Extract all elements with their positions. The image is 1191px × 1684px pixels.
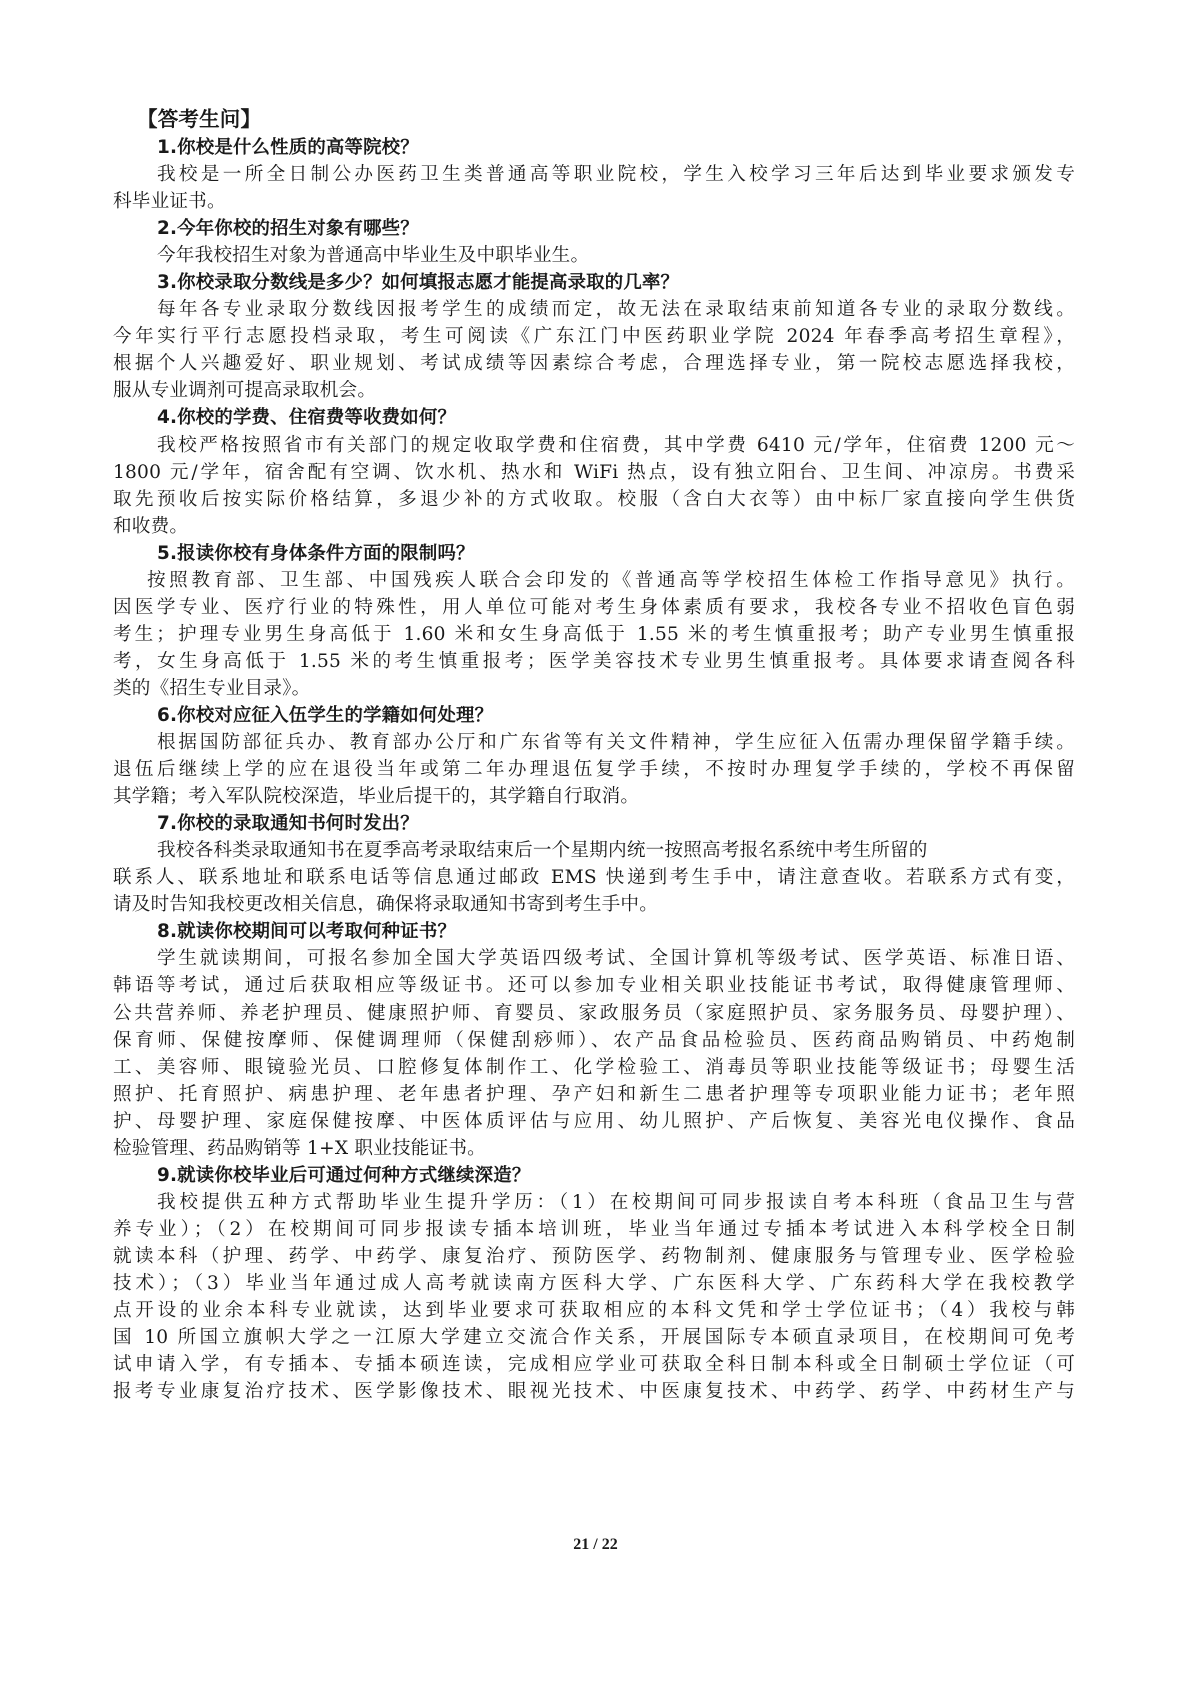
faq-answer-line: 我校严格按照省市有关部门的规定收取学费和住宿费，其中学费 6410 元/学年，住… bbox=[113, 432, 1075, 459]
faq-answer-line: 考生；护理专业男生身高低于 1.60 米和女生身高低于 1.55 米的考生慎重报… bbox=[113, 621, 1075, 648]
faq-answer-line: 养专业）；（2）在校期间可同步报读专插本培训班，毕业当年通过专插本考试进入本科学… bbox=[113, 1216, 1075, 1243]
faq-answer-line: 今年实行平行志愿投档录取，考生可阅读《广东江门中医药职业学院 2024 年春季高… bbox=[113, 323, 1075, 350]
faq-answer-line: 护、母婴护理、家庭保健按摩、中医体质评估与应用、幼儿照护、产后恢复、美容光电仪操… bbox=[113, 1108, 1075, 1135]
faq-answer-line: 照护、托育照护、病患护理、老年患者护理、孕产妇和新生二患者护理等专项职业能力证书… bbox=[113, 1081, 1075, 1108]
faq-answer-line: 我校提供五种方式帮助毕业生提升学历：（1）在校期间可同步报读自考本科班（食品卫生… bbox=[113, 1189, 1075, 1216]
faq-answer-line: 服从专业调剂可提高录取机会。 bbox=[113, 377, 1077, 404]
faq-answer-line: 检验管理、药品购销等 1+X 职业技能证书。 bbox=[113, 1135, 1077, 1162]
faq-answer-line: 工、美容师、眼镜验光员、口腔修复体制作工、化学检验工、消毒员等职业技能等级证书；… bbox=[113, 1054, 1075, 1081]
faq-answer-line: 按照教育部、卫生部、中国残疾人联合会印发的《普通高等学校招生体检工作指导意见》执… bbox=[113, 567, 1075, 594]
faq-answer-line: 和收费。 bbox=[113, 513, 1077, 540]
document-page: 【答考生问】 1.你校是什么性质的高等院校？ 我校是一所全日制公办医药卫生类普通… bbox=[0, 0, 1191, 1684]
faq-answer-line: 保育师、保健按摩师、保健调理师（保健刮痧师）、农产品食品检验员、医药商品购销员、… bbox=[113, 1027, 1075, 1054]
faq-answer-line: 根据国防部征兵办、教育部办公厅和广东省等有关文件精神，学生应征入伍需办理保留学籍… bbox=[113, 729, 1075, 756]
section-title: 【答考生问】 bbox=[113, 104, 1077, 134]
faq-answer-line: 科毕业证书。 bbox=[113, 188, 1077, 215]
faq-answer-line: 韩语等考试，通过后获取相应等级证书。还可以参加专业相关职业技能证书考试，取得健康… bbox=[113, 972, 1075, 999]
faq-answer-line: 退伍后继续上学的应在退役当年或第二年办理退伍复学手续，不按时办理复学手续的，学校… bbox=[113, 756, 1075, 783]
faq-answer-line: 考，女生身高低于 1.55 米的考生慎重报考；医学美容技术专业男生慎重报考。具体… bbox=[113, 648, 1075, 675]
faq-answer-line: 因医学专业、医疗行业的特殊性，用人单位可能对考生身体素质有要求，我校各专业不招收… bbox=[113, 594, 1075, 621]
page-number: 21 / 22 bbox=[0, 1536, 1191, 1554]
faq-answer-line: 根据个人兴趣爱好、职业规划、考试成绩等因素综合考虑，合理选择专业，第一院校志愿选… bbox=[113, 350, 1075, 377]
faq-answer-line: 学生就读期间，可报名参加全国大学英语四级考试、全国计算机等级考试、医学英语、标准… bbox=[113, 945, 1075, 972]
faq-answer-line: 我校是一所全日制公办医药卫生类普通高等职业院校，学生入校学习三年后达到毕业要求颁… bbox=[113, 161, 1075, 188]
faq-answer-line: 国 10 所国立旗帜大学之一江原大学建立交流合作关系，开展国际专本硕直录项目，在… bbox=[113, 1324, 1075, 1351]
faq-question-1: 1.你校是什么性质的高等院校？ bbox=[113, 134, 1077, 161]
faq-answer-line: 请及时告知我校更改相关信息，确保将录取通知书寄到考生手中。 bbox=[113, 891, 1077, 918]
faq-answer-line: 试申请入学，有专插本、专插本硕连读，完成相应学业可获取全科日制本科或全日制硕士学… bbox=[113, 1351, 1075, 1378]
faq-question-5: 5.报读你校有身体条件方面的限制吗？ bbox=[113, 540, 1077, 567]
faq-question-4: 4.你校的学费、住宿费等收费如何？ bbox=[113, 404, 1077, 431]
faq-answer-line: 取先预收后按实际价格结算，多退少补的方式收取。校服（含白大衣等）由中标厂家直接向… bbox=[113, 486, 1075, 513]
faq-answer-line: 点开设的业余本科专业就读，达到毕业要求可获取相应的本科文凭和学士学位证书；（4）… bbox=[113, 1297, 1075, 1324]
faq-question-3: 3.你校录取分数线是多少？如何填报志愿才能提高录取的几率？ bbox=[113, 269, 1077, 296]
faq-answer-line: 今年我校招生对象为普通高中毕业生及中职毕业生。 bbox=[113, 242, 1077, 269]
faq-answer-line: 类的《招生专业目录》。 bbox=[113, 675, 1077, 702]
faq-question-7: 7.你校的录取通知书何时发出？ bbox=[113, 810, 1077, 837]
faq-answer-line: 公共营养师、养老护理员、健康照护师、育婴员、家政服务员（家庭照护员、家务服务员、… bbox=[113, 1000, 1075, 1027]
faq-content: 【答考生问】 1.你校是什么性质的高等院校？ 我校是一所全日制公办医药卫生类普通… bbox=[113, 104, 1077, 1405]
faq-question-9: 9.就读你校毕业后可通过何种方式继续深造？ bbox=[113, 1162, 1077, 1189]
faq-answer-line: 技术）；（3）毕业当年通过成人高考就读南方医科大学、广东医科大学、广东药科大学在… bbox=[113, 1270, 1075, 1297]
faq-answer-line: 我校各科类录取通知书在夏季高考录取结束后一个星期内统一按照高考报名系统中考生所留… bbox=[113, 837, 1077, 864]
faq-question-6: 6.你校对应征入伍学生的学籍如何处理？ bbox=[113, 702, 1077, 729]
faq-answer-line: 每年各专业录取分数线因报考学生的成绩而定，故无法在录取结束前知道各专业的录取分数… bbox=[113, 296, 1075, 323]
faq-answer-line: 1800 元/学年，宿舍配有空调、饮水机、热水和 WiFi 热点，设有独立阳台、… bbox=[113, 459, 1075, 486]
faq-answer-line: 报考专业康复治疗技术、医学影像技术、眼视光技术、中医康复技术、中药学、药学、中药… bbox=[113, 1378, 1075, 1405]
faq-question-8: 8.就读你校期间可以考取何种证书？ bbox=[113, 918, 1077, 945]
faq-answer-line: 就读本科（护理、药学、中药学、康复治疗、预防医学、药物制剂、健康服务与管理专业、… bbox=[113, 1243, 1075, 1270]
faq-answer-line: 其学籍；考入军队院校深造，毕业后提干的，其学籍自行取消。 bbox=[113, 783, 1077, 810]
faq-question-2: 2.今年你校的招生对象有哪些？ bbox=[113, 215, 1077, 242]
faq-answer-line: 联系人、联系地址和联系电话等信息通过邮政 EMS 快递到考生手中，请注意查收。若… bbox=[113, 864, 1075, 891]
